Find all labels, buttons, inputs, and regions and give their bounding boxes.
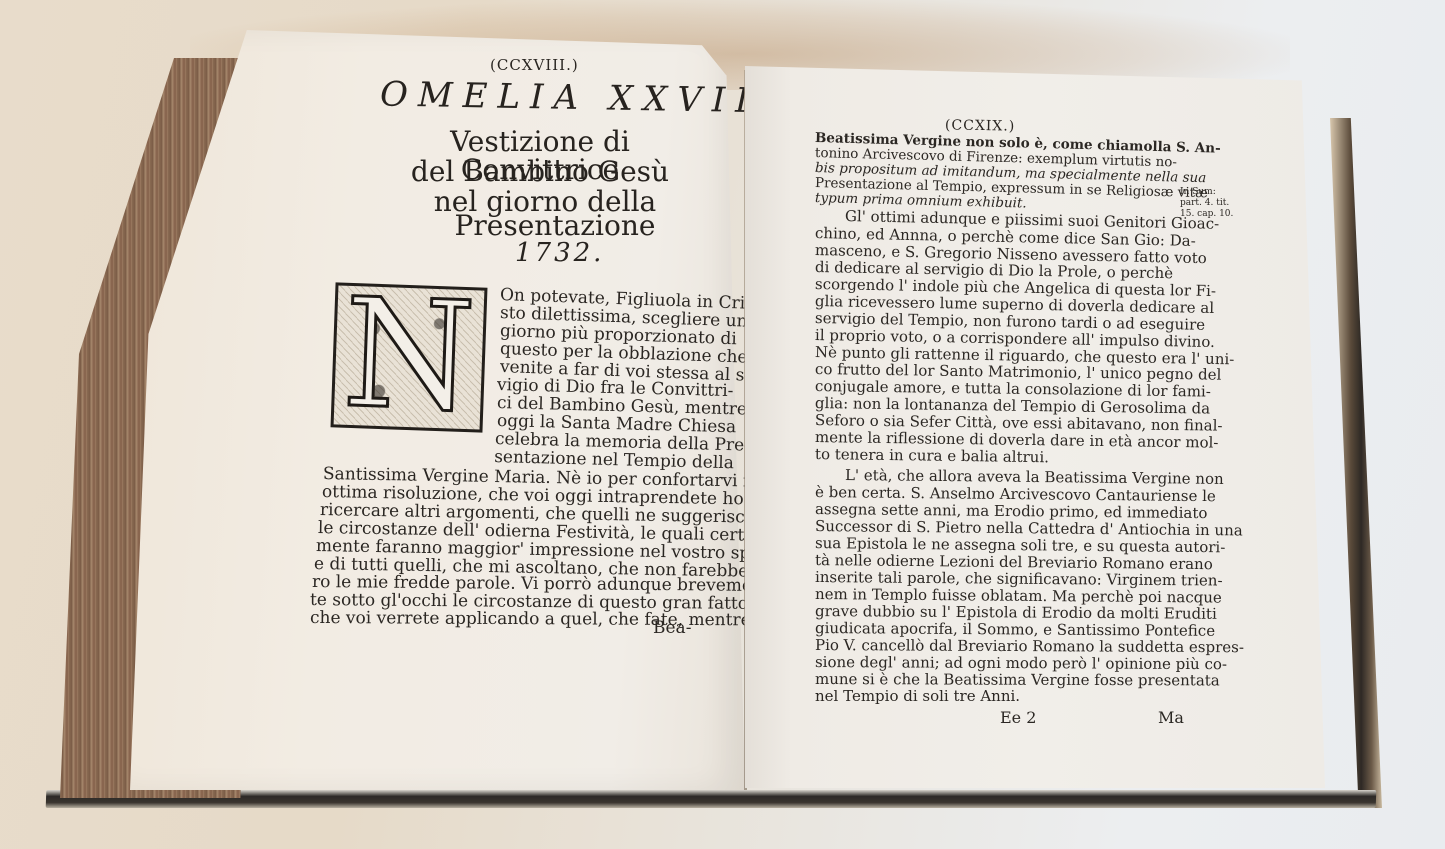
left-body-line: che voi verrete applicando a quel, che f… — [310, 608, 772, 630]
right-catchword: Ma — [1158, 708, 1184, 727]
subtitle-line-4: Presentazione — [385, 212, 725, 240]
margin-note-line: In Sum: — [1180, 187, 1233, 198]
left-catchword: Bea- — [653, 618, 691, 638]
left-running-head: (CCXVIII.) — [490, 56, 579, 74]
right-body-line: to tenera in cura e balia altrui. — [815, 445, 1049, 466]
book-cover-right-edge — [1330, 118, 1382, 808]
right-running-head: (CCXIX.) — [945, 117, 1016, 134]
book-photo: (CCXVIII.) OMELIA XXVII. Vestizione di C… — [0, 0, 1445, 849]
right-body-line: nel Tempio di soli tre Anni. — [815, 687, 1020, 705]
margin-note-line: part. 4. tit. — [1180, 198, 1233, 209]
decorated-initial: N — [331, 282, 488, 432]
subtitle-line-2: del Bambino Gesù — [370, 158, 710, 186]
initial-letter-n: N — [333, 282, 485, 432]
year: 1732. — [515, 238, 604, 268]
signature-mark: Ee 2 — [1000, 708, 1036, 727]
book-cover-bottom-edge — [46, 790, 1377, 808]
homily-title: OMELIA XXVII. — [380, 75, 780, 122]
